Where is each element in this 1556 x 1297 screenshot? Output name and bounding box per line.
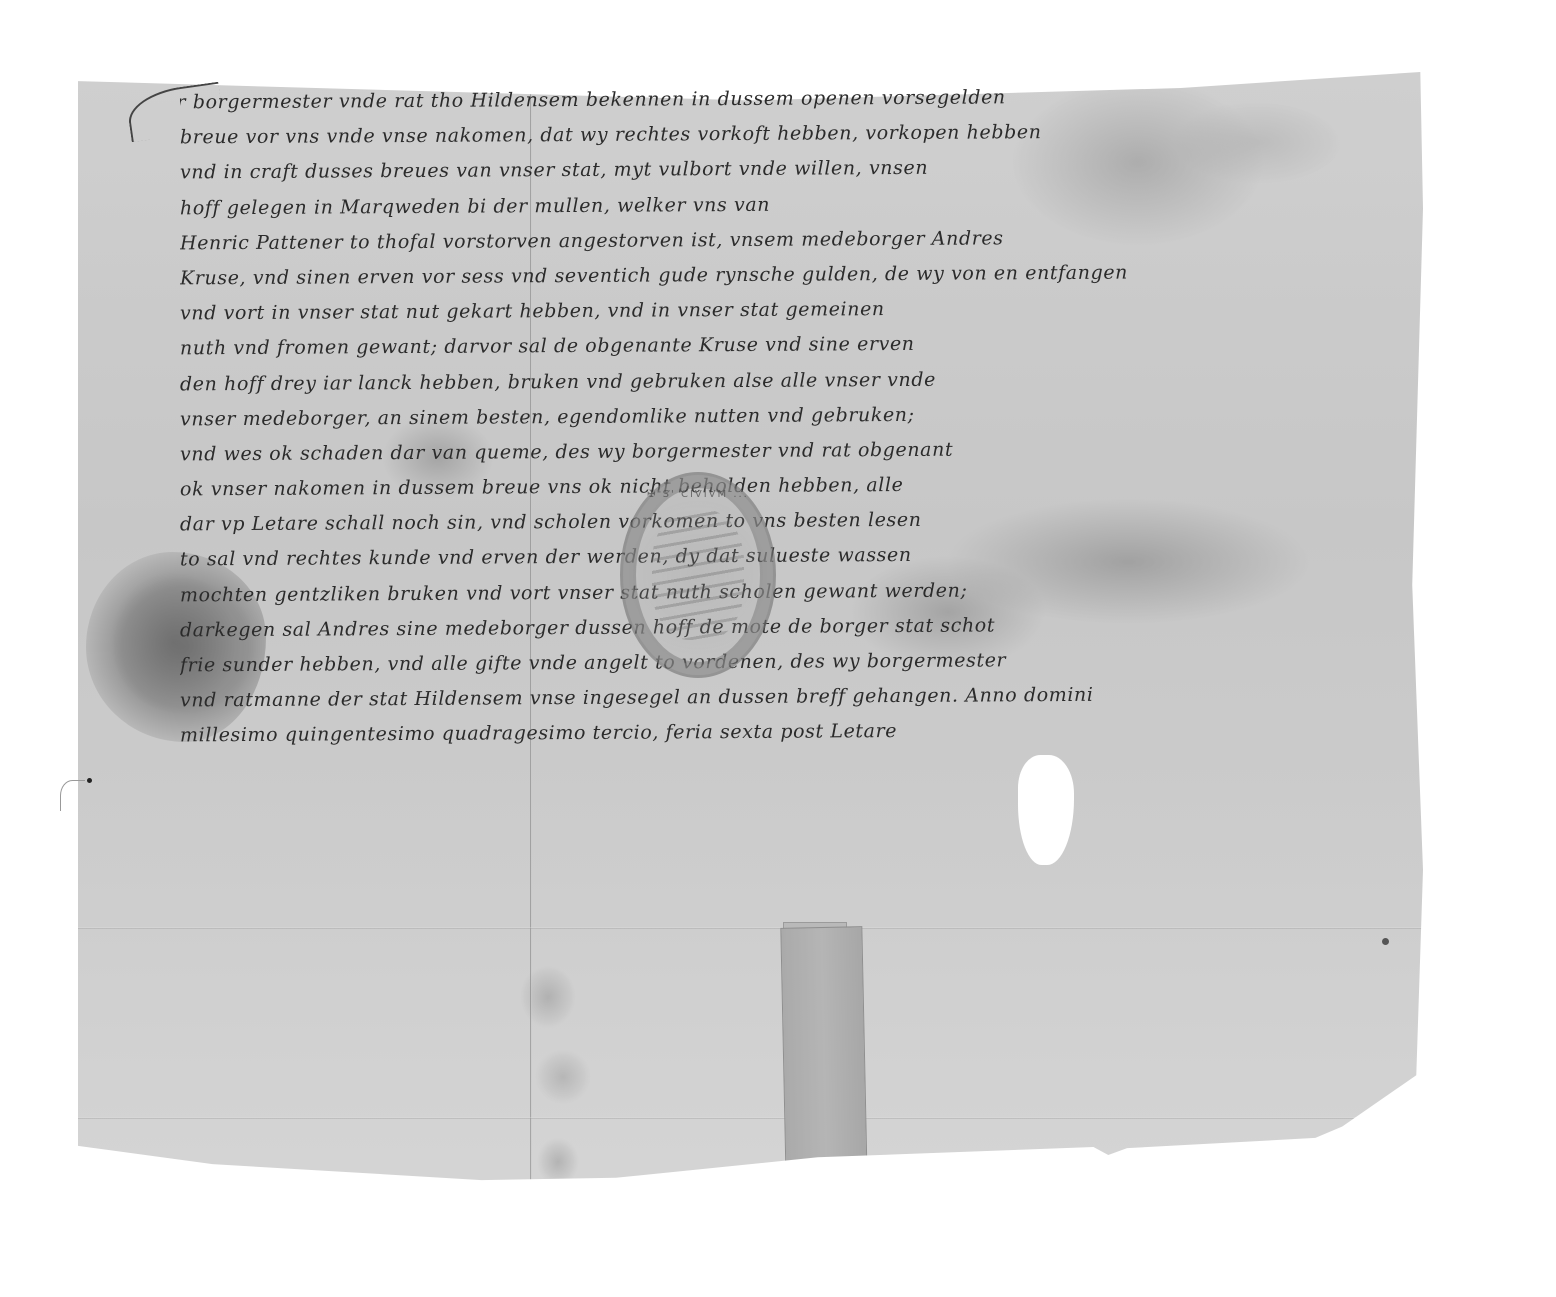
ink-dot	[87, 778, 92, 783]
seal-emblem	[652, 510, 744, 640]
horizontal-fold-line	[78, 1117, 1423, 1119]
seal-stamp: ✠ S' CIVIVM ...	[620, 472, 776, 678]
seal-legend: ✠ S' CIVIVM ...	[623, 489, 773, 500]
paper-strip	[780, 926, 867, 1185]
margin-flourish	[60, 780, 85, 811]
ink-dot	[1382, 938, 1389, 945]
horizontal-fold-line	[78, 927, 1423, 929]
text-line: millesimo quingentesimo quadragesimo ter…	[180, 712, 1290, 754]
text-line: nuth vnd fromen gewant; darvor sal de ob…	[180, 325, 1290, 367]
